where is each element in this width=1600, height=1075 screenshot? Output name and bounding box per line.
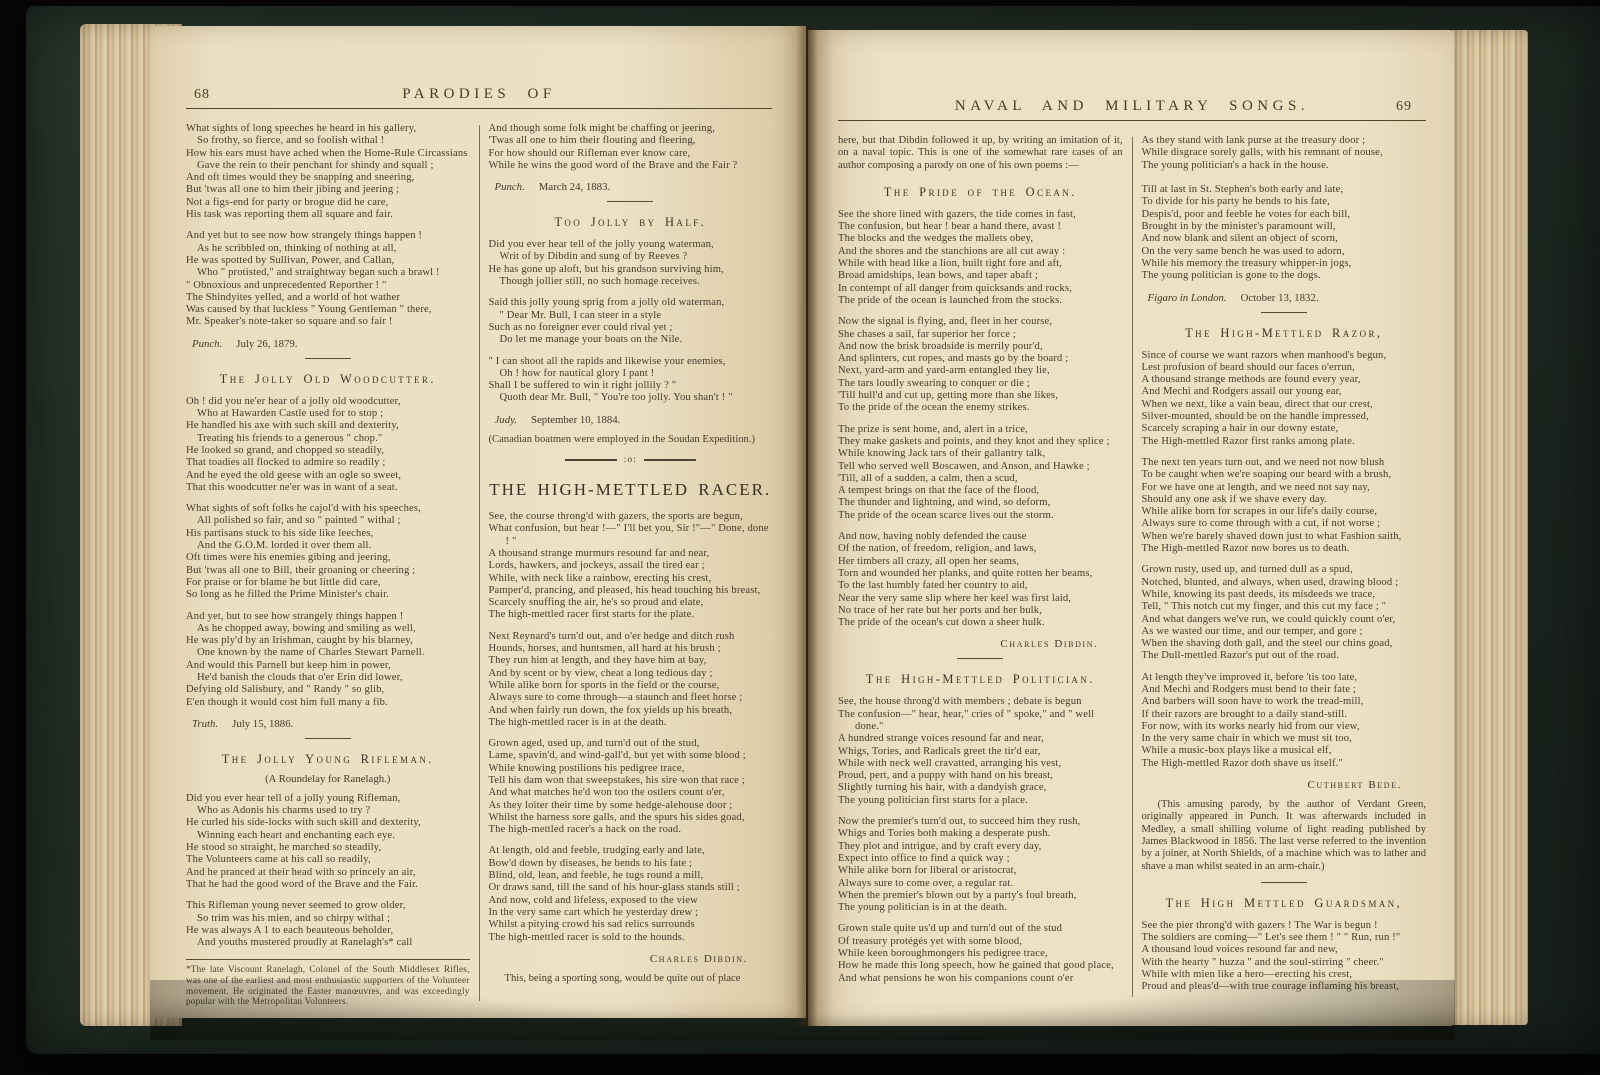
editorial-note: This, being a sporting song, would be qu… [489, 973, 773, 985]
source-attribution: Judy.September 10, 1884. [495, 414, 773, 426]
poem-line: Silver-mounted, should be on the handle … [1142, 411, 1427, 423]
poem-line: Near the very same slip where her keel w… [838, 593, 1123, 605]
poem-line: The high-mettled racer first starts for … [489, 609, 773, 621]
poem-line: As they stand with lank purse at the tre… [1142, 135, 1427, 147]
poem-line: A thousand loud voices resound far and n… [1142, 944, 1427, 956]
poem-stanza: As they stand with lank purse at the tre… [1142, 135, 1427, 283]
poem-line: As they loiter their time by some hedge-… [489, 800, 773, 812]
poem-line: The confusion, but hear ! bear a hand th… [838, 221, 1123, 233]
poem-line: Such as no foreigner ever could rival ye… [489, 322, 773, 334]
poem-line: Tell, " This notch cut my finger, and th… [1142, 601, 1427, 613]
poem-stanza: Said this jolly young sprig from a jolly… [489, 297, 773, 346]
header-rule [186, 108, 772, 109]
poem-line: Always sure to come through—a staunch an… [489, 692, 773, 704]
poem-line: This Rifleman young never seemed to grow… [186, 900, 470, 912]
poem-line: Expect into office to find a quick way ; [838, 853, 1123, 865]
poem-line: Next, yard-arm and yard-arm entangled th… [838, 365, 1123, 377]
section-divider-rule [186, 738, 470, 739]
poem-line: The young politician is gone to the dogs… [1142, 270, 1427, 282]
poem-line: While with head like a lion, built tight… [838, 258, 1123, 270]
poem-line: But 'twas all one to him their jibing an… [186, 184, 470, 196]
author-byline: Cuthbert Bede. [1142, 779, 1427, 791]
section-divider-rule [838, 658, 1123, 659]
poem-line: To divide for his party he bends to his … [1142, 196, 1427, 208]
poem-line: That this woodcutter ne'er was in want o… [186, 482, 470, 494]
section-title: The Jolly Young Rifleman. [186, 752, 470, 767]
poem-line: And now blank and silent an object of sc… [1142, 233, 1427, 245]
poem-line: Broad amidships, lean bows, and taper ab… [838, 270, 1123, 282]
poem-line: Quoth dear Mr. Bull, " You're too jolly.… [489, 392, 773, 404]
section-title: The High-Mettled Razor, [1142, 326, 1427, 341]
source-date: September 10, 1884. [531, 414, 620, 426]
poem-line: Grown stale quite us'd up and turn'd out… [838, 923, 1123, 935]
poem-line: Pamper'd, prancing, and pleased, his hea… [489, 585, 773, 597]
book-gutter [796, 26, 818, 1026]
poem-line: Said this jolly young sprig from a jolly… [489, 297, 773, 309]
poem-line: Tell his dam won that sweepstakes, his s… [489, 775, 773, 787]
poem-line: And though some folk might be chaffing o… [489, 123, 773, 135]
poem-line: The Shindyites yelled, and a world of ho… [186, 292, 470, 304]
divider-bar [957, 658, 1003, 659]
poem-line: What sights of soft folks he cajol'd wit… [186, 503, 470, 515]
page-69: NAVAL AND MILITARY SONGS. 69 here, but t… [808, 30, 1454, 1026]
poem-line: 'Till, all of a sudden, a calm, then a s… [838, 473, 1123, 485]
book-photograph: 68 PARODIES OF What sights of long speec… [0, 0, 1600, 1075]
poem-line: Not a figs-end for party or brogue did h… [186, 197, 470, 209]
poem-line: What sights of long speeches he heard in… [186, 123, 470, 135]
poem-line: Writ of by Dibdin and sung of by Reeves … [489, 251, 773, 263]
running-title-right: NAVAL AND MILITARY SONGS. [955, 98, 1309, 115]
source-name: Figaro in London. [1148, 292, 1227, 304]
poem-line: While alike born for scrapes in our life… [1142, 506, 1427, 518]
poem-stanza: And though some folk might be chaffing o… [489, 123, 773, 172]
poem-stanza: Oh ! did you ne'er hear of a jolly old w… [186, 396, 470, 494]
poem-line: To the last humbly fated her country to … [838, 580, 1123, 592]
divider-bar [644, 459, 696, 461]
page-edge-stack-right [1452, 30, 1528, 1025]
poem-line: Who at Hawarden Castle used for to stop … [186, 408, 470, 420]
poem-line: Though jollier still, no such homage rec… [489, 276, 773, 288]
poem-stanza: Did you ever hear tell of the jolly youn… [489, 239, 773, 288]
poem-line: A thousand strange methods are found eve… [1142, 374, 1427, 386]
poem-line: All polished so fair, and so " painted "… [186, 515, 470, 527]
poem-stanza: " I can shoot all the rapids and likewis… [489, 356, 773, 405]
poem-line: And when fairly run down, the fox yields… [489, 705, 773, 717]
poem-line: Since of course we want razors when manh… [1142, 350, 1427, 362]
section-title: The High-Mettled Politician. [838, 672, 1123, 687]
poem-line: He looked so grand, and chopped so stead… [186, 445, 470, 457]
poem-line: Was caused by that luckless " Young Gent… [186, 304, 470, 316]
source-date: October 13, 1832. [1241, 292, 1319, 304]
poem-line: See the shore lined with gazers, the tid… [838, 209, 1123, 221]
poem-line: The High-mettled Razor doth shave us its… [1142, 758, 1427, 770]
poem-line: Who as Adonis his charms used to try ? [186, 805, 470, 817]
poem-line: And the G.O.M. lorded it over them all. [186, 540, 470, 552]
poem-line: Lords, hawkers, and jockeys, assail the … [489, 560, 773, 572]
poem-stanza: The prize is sent home, and, alert in a … [838, 424, 1123, 522]
section-divider-rule [489, 201, 773, 202]
poem-line: Proud and pleas'd—with true courage infl… [1142, 981, 1427, 993]
poem-line: When we next, like a vain beau, direct t… [1142, 399, 1427, 411]
running-title-left: PARODIES OF [402, 86, 555, 103]
poem-stanza: What sights of soft folks he cajol'd wit… [186, 503, 470, 601]
header-rule [838, 120, 1426, 121]
poem-line: Brought in by the minister's paramount w… [1142, 221, 1427, 233]
poem-line: Shall I be suffered to win it right joll… [489, 380, 773, 392]
poem-stanza: See, the house throng'd with members ; d… [838, 696, 1123, 807]
poem-line: See, the house throng'd with members ; d… [838, 696, 1123, 708]
poem-line: Of the nation, of freedom, religion, and… [838, 543, 1123, 555]
poem-line: The young politician's a hack in the hou… [1142, 160, 1427, 172]
section-title: The High Mettled Guardsman, [1142, 896, 1427, 911]
poem-line: At length, old and feeble, trudging earl… [489, 845, 773, 857]
poem-line: The pride of the ocean scarce lives out … [838, 510, 1123, 522]
poem-line: Who " protisted," and straightway began … [186, 267, 470, 279]
poem-line: While, with neck like a rainbow, erectin… [489, 573, 773, 585]
poem-line: The blocks and the wedges the mallets ob… [838, 233, 1123, 245]
poem-line [1142, 172, 1427, 184]
poem-line: Whigs, Tories, and Radicals greet the ti… [838, 746, 1123, 758]
poem-stanza: And yet, but to see how strangely things… [186, 611, 470, 709]
poem-line: Do let me manage your boats on the Nile. [489, 334, 773, 346]
poem-line: And what dangers we've run, we could qui… [1142, 614, 1427, 626]
poem-line: The next ten years turn out, and we need… [1142, 457, 1427, 469]
poem-line: As we wasted our time, and our temper, a… [1142, 626, 1427, 638]
poem-line: Gave the rein to their penchant for shin… [186, 160, 470, 172]
poem-line: Treating his friends to a generous " cho… [186, 433, 470, 445]
poem-line: They plot and intrigue, and by craft eve… [838, 841, 1123, 853]
page-number-68: 68 [186, 87, 402, 103]
poem-line: And Mechi and Rodgers must bend to their… [1142, 684, 1427, 696]
poem-line: Scarcely snuffing the air, he's so proud… [489, 597, 773, 609]
poem-line: Bow'd down by diseases, he bends to his … [489, 858, 773, 870]
poem-stanza: See the shore lined with gazers, the tid… [838, 209, 1123, 307]
poem-line: Tell who served well Boscawen, and Anson… [838, 461, 1123, 473]
poem-line: Hounds, horses, and huntsmen, all hard a… [489, 643, 773, 655]
poem-line: Whilst a pitying crowd his sad relics su… [489, 919, 773, 931]
poem-stanza: Grown aged, used up, and turn'd out of t… [489, 738, 773, 836]
poem-line: Oft times were his enemies gibing and je… [186, 552, 470, 564]
poem-line: They run him at length, and they have hi… [489, 655, 773, 667]
poem-line: Whigs and Tories both making a desperate… [838, 828, 1123, 840]
page-footnote: *The late Viscount Ranelagh, Colonel of … [186, 959, 470, 1006]
poem-line: And Mechi and Rodgers assail our young e… [1142, 386, 1427, 398]
poem-line: Winning each heart and enchanting each e… [186, 830, 470, 842]
poem-line: And now the brisk broadside is merrily p… [838, 341, 1123, 353]
poem-line: He was ply'd by an Irishman, caught by h… [186, 635, 470, 647]
poem-line: See the pier throng'd with gazers ! The … [1142, 920, 1427, 932]
poem-line: While a music-box plays like a musical e… [1142, 745, 1427, 757]
poem-line: Notched, blunted, and always, when used,… [1142, 577, 1427, 589]
poem-line: Next Reynard's turn'd out, and o'er hedg… [489, 631, 773, 643]
poem-line: For how should our Rifleman ever know ca… [489, 148, 773, 160]
poem-line: A hundred strange voices resound far and… [838, 733, 1123, 745]
column-divider-rule [1132, 137, 1133, 997]
source-date: July 26, 1879. [236, 338, 297, 350]
text-column: As they stand with lank purse at the tre… [1142, 135, 1427, 1003]
poem-line: He curled his side-locks with such skill… [186, 817, 470, 829]
poem-line: The High-mettled Razor now bores us to d… [1142, 543, 1427, 555]
poem-line: The young politician first starts for a … [838, 795, 1123, 807]
poem-line: Till at last in St. Stephen's both early… [1142, 184, 1427, 196]
poem-line: Of treasury protégés yet with some blood… [838, 936, 1123, 948]
poem-stanza: The next ten years turn out, and we need… [1142, 457, 1427, 555]
poem-line: And yet but to see now how strangely thi… [186, 230, 470, 242]
divider-bar [305, 738, 351, 739]
poem-line: And youths mustered proudly at Ranelagh'… [186, 937, 470, 949]
poem-line: Whilst the harness sore galls, and the s… [489, 812, 773, 824]
poem-line: That he had the good word of the Brave a… [186, 879, 470, 891]
poem-stanza: And now, having nobly defended the cause… [838, 531, 1123, 629]
poem-line: And the shores and the stanchions are al… [838, 246, 1123, 258]
poem-line: And oft times would they be snapping and… [186, 172, 470, 184]
source-name: Judy. [495, 414, 518, 426]
poem-line: And now, cold and lifeless, exposed to t… [489, 895, 773, 907]
poem-stanza: Since of course we want razors when manh… [1142, 350, 1427, 448]
divider-bar [1261, 882, 1307, 883]
poem-line: When the premier's blown out by a party'… [838, 890, 1123, 902]
poem-line: His task was reporting them all square a… [186, 209, 470, 221]
poem-line: And what pensions he won his companions … [838, 973, 1123, 985]
poem-line: So trim was his mien, and so chirpy with… [186, 913, 470, 925]
page-69-header: NAVAL AND MILITARY SONGS. 69 [838, 98, 1426, 115]
poem-line: Grown aged, used up, and turn'd out of t… [489, 738, 773, 750]
poem-line: As he scribbled on, thinking of nothing … [186, 243, 470, 255]
poem-line: While keen boroughmongers his pedigree t… [838, 948, 1123, 960]
source-date: March 24, 1883. [539, 181, 610, 193]
poem-line: While alike born for liberal or aristocr… [838, 865, 1123, 877]
poem-line: Despis'd, poor and feeble he votes for e… [1142, 209, 1427, 221]
divider-bar [1261, 312, 1307, 313]
poem-line: 'Twas all one to him their flouting and … [489, 135, 773, 147]
source-attribution: Punch.July 26, 1879. [192, 338, 470, 350]
poem-stanza: See the pier throng'd with gazers ! The … [1142, 920, 1427, 994]
poem-stanza: Did you ever hear tell of a jolly young … [186, 793, 470, 891]
poem-line: And yet, but to see how strangely things… [186, 611, 470, 623]
section-divider-rule [1142, 882, 1427, 883]
poem-line: But 'twas all one to Bill, their groanin… [186, 565, 470, 577]
poem-line: When the shaving doth gall, and the stee… [1142, 638, 1427, 650]
poem-line: The tars loudly swearing to conquer or d… [838, 378, 1123, 390]
source-attribution: Punch.March 24, 1883. [495, 181, 773, 193]
poem-line: On the very same bench he was used to ad… [1142, 246, 1427, 258]
poem-line: And now, having nobly defended the cause [838, 531, 1123, 543]
poem-line: For we have one at length, and we need n… [1142, 482, 1427, 494]
poem-line: " Obnoxious and unprecedented Reporther … [186, 280, 470, 292]
poem-line: His partisans stuck to his side like lee… [186, 528, 470, 540]
poem-line: The confusion—" hear, hear," cries of " … [838, 709, 1123, 734]
poem-line: Mr. Speaker's note-taker so square and s… [186, 316, 470, 328]
poem-line: Oh ! did you ne'er hear of a jolly old w… [186, 396, 470, 408]
poem-line: 'Till hull'd and cut up, getting more th… [838, 390, 1123, 402]
source-name: Punch. [192, 338, 222, 350]
poem-line: How his ears must have ached when the Ho… [186, 148, 470, 160]
poem-line: While, knowing its past deeds, its misde… [1142, 589, 1427, 601]
poem-stanza: Next Reynard's turn'd out, and o'er hedg… [489, 631, 773, 729]
poem-line: When we're barely shaved down just to wh… [1142, 531, 1427, 543]
poem-stanza: See, the course throng'd with gazers, th… [489, 511, 773, 622]
text-column: here, but that Dibdin followed it up, by… [838, 135, 1123, 1003]
divider-ornament: :o: [624, 455, 637, 465]
poem-line: Did you ever hear tell of the jolly youn… [489, 239, 773, 251]
poem-line: Torn and wounded her planks, and quite r… [838, 568, 1123, 580]
editorial-note: (This amusing parody, by the author of V… [1142, 799, 1427, 873]
poem-line: They make gaskets and points, and they k… [838, 436, 1123, 448]
poem-line: While knowing Jack tars of their gallant… [838, 448, 1123, 460]
divider-bar [305, 358, 351, 359]
poem-line: The high-mettled racer's a hack on the r… [489, 824, 773, 836]
poem-line: And by scent or by view, cheat a long te… [489, 668, 773, 680]
poem-line: " I can shoot all the rapids and likewis… [489, 356, 773, 368]
poem-line: And he eyed the old geese with an ogle s… [186, 470, 470, 482]
ornamental-divider: :o: [489, 455, 773, 465]
poem-line: Proud, pert, and a puppy with hand on hi… [838, 770, 1123, 782]
poem-line: As he chopped away, bowing and smiling a… [186, 623, 470, 635]
poem-line: He'd banish the clouds that o'er Erin di… [186, 672, 470, 684]
poem-line: While alike born for sports in the field… [489, 680, 773, 692]
poem-line: Defying old Salisbury, and " Randy " so … [186, 684, 470, 696]
poem-line: He was always A 1 to each beauteous beho… [186, 925, 470, 937]
poem-line: While with mien like a hero—erecting his… [1142, 969, 1427, 981]
poem-line: And what matches he'd won too the ostler… [489, 787, 773, 799]
poem-line: For now, with its works nearly hid from … [1142, 721, 1427, 733]
poem-line: The pride of the ocean's cut down a shee… [838, 617, 1123, 629]
poem-line: He handled his axe with such skill and d… [186, 420, 470, 432]
section-divider-rule [186, 358, 470, 359]
poem-line: The Volunteers came at his call so readi… [186, 854, 470, 866]
poem-line: For praise or for blame he but little di… [186, 577, 470, 589]
author-byline: Charles Dibdin. [838, 638, 1123, 650]
source-name: Truth. [192, 718, 218, 730]
source-attribution: Figaro in London.October 13, 1832. [1148, 292, 1427, 304]
poem-line: Or draws sand, till the sand of his hour… [489, 882, 773, 894]
poem-line: How he made this long speech, how he gai… [838, 960, 1123, 972]
poem-line: Slightly turning his hair, with a dandyi… [838, 782, 1123, 794]
poem-line: He was spotted by Sullivan, Power, and C… [186, 255, 470, 267]
section-title-large: THE HIGH-METTLED RACER. [489, 480, 773, 500]
poem-line: While knowing postilions his pedigree tr… [489, 763, 773, 775]
poem-stanza: And yet but to see now how strangely thi… [186, 230, 470, 328]
text-column: And though some folk might be chaffing o… [489, 123, 773, 1007]
poem-line: Grown rusty, used up, and turned dull as… [1142, 564, 1427, 576]
poem-line: In contempt of all danger from quicksand… [838, 283, 1123, 295]
poem-line: Now the signal is flying, and, fleet in … [838, 316, 1123, 328]
poem-line: The High-mettled Razor first ranks among… [1142, 436, 1427, 448]
poem-line: And splinters, cut ropes, and masts go b… [838, 353, 1123, 365]
poem-line: Always sure to come over, a regular rat. [838, 878, 1123, 890]
poem-line: The young politician is in at the death. [838, 902, 1123, 914]
poem-line: He has gone up aloft, but his grandson s… [489, 264, 773, 276]
poem-line: E'en though it would cost him full many … [186, 697, 470, 709]
page-number-69: 69 [1309, 99, 1426, 115]
poem-line: Her timbers all crazy, all open her seam… [838, 556, 1123, 568]
poem-stanza: Now the premier's turn'd out, to succeed… [838, 816, 1123, 914]
poem-line: Did you ever hear tell of a jolly young … [186, 793, 470, 805]
source-attribution: Truth.July 15, 1886. [192, 718, 470, 730]
section-title: The Pride of the Ocean. [838, 185, 1123, 200]
poem-line: While with neck well cravatted, arrangin… [838, 758, 1123, 770]
poem-line: The high-mettled racer is sold to the ho… [489, 932, 773, 944]
poem-line: While he wins the good word of the Brave… [489, 160, 773, 172]
poem-line: If their razors are brought to a daily s… [1142, 709, 1427, 721]
poem-line: See, the course throng'd with gazers, th… [489, 511, 773, 523]
poem-line: Now the premier's turn'd out, to succeed… [838, 816, 1123, 828]
poem-stanza: At length they've improved it, before 't… [1142, 672, 1427, 770]
section-subtitle: (A Roundelay for Ranelagh.) [186, 773, 470, 785]
divider-bar [565, 459, 617, 461]
poem-line: So long as he filled the Prime Minister'… [186, 589, 470, 601]
poem-line: One known by the name of Charles Stewart… [186, 647, 470, 659]
source-date: July 15, 1886. [232, 718, 293, 730]
column-divider-rule [479, 125, 480, 1001]
poem-line: Scarcely scraping a hair in our downy es… [1142, 423, 1427, 435]
poem-line: With the hearty " huzza " and the soul-s… [1142, 957, 1427, 969]
author-byline: Charles Dibdin. [489, 953, 773, 965]
section-title: The Jolly Old Woodcutter. [186, 372, 470, 387]
section-title: Too Jolly by Half. [489, 215, 773, 230]
poem-line: The pride of the ocean is launched from … [838, 295, 1123, 307]
poem-line: Lest profusion of beard should our faces… [1142, 362, 1427, 374]
poem-line: What confusion, but hear !—" I'll bet yo… [489, 523, 773, 548]
poem-line: And he pranced at their head with so pri… [186, 867, 470, 879]
poem-line: And would this Parnell but keep him in p… [186, 660, 470, 672]
poem-line: While disgrace sorely galls, with his re… [1142, 147, 1427, 159]
editorial-note: (Canadian boatmen were employed in the S… [489, 434, 773, 446]
poem-stanza: Grown stale quite us'd up and turn'd out… [838, 923, 1123, 984]
poem-stanza: Grown rusty, used up, and turned dull as… [1142, 564, 1427, 662]
poem-line: To be caught when we're soaping our bear… [1142, 469, 1427, 481]
divider-bar [607, 201, 653, 202]
poem-line: To the pride of the ocean the enemy stri… [838, 402, 1123, 414]
poem-line: Lame, spavin'd, and wind-gall'd, but yet… [489, 750, 773, 762]
poem-line: No trace of her rate but her ports and h… [838, 605, 1123, 617]
poem-stanza: This Rifleman young never seemed to grow… [186, 900, 470, 949]
poem-line: While his memory the treasury whipper-in… [1142, 258, 1427, 270]
text-column: What sights of long speeches he heard in… [186, 123, 470, 1007]
poem-line: She chases a sail, far superior her forc… [838, 329, 1123, 341]
poem-stanza: At length, old and feeble, trudging earl… [489, 845, 773, 943]
source-name: Punch. [495, 181, 525, 193]
section-divider-rule [1142, 312, 1427, 313]
poem-line: So frothy, so fierce, and so foolish wit… [186, 135, 470, 147]
page-68-header: 68 PARODIES OF [186, 86, 772, 103]
poem-line: The thunder and lightning, and wind, so … [838, 497, 1123, 509]
poem-line: Always sure to come through with a cut, … [1142, 518, 1427, 530]
poem-line: A tempest brings on that the face of the… [838, 485, 1123, 497]
poem-line: The Dull-mettled Razor's put out of the … [1142, 650, 1427, 662]
poem-line: Should any one ask if we shave every day… [1142, 494, 1427, 506]
poem-line: He stood so straight, he marched so stea… [186, 842, 470, 854]
poem-line: In the very same chair in which we must … [1142, 733, 1427, 745]
poem-line: Oh ! how for nautical glory I pant ! [489, 368, 773, 380]
poem-stanza: What sights of long speeches he heard in… [186, 123, 470, 221]
poem-line: " Dear Mr. Bull, I can steer in a style [489, 310, 773, 322]
editorial-note: here, but that Dibdin followed it up, by… [838, 135, 1123, 172]
poem-line: In the very same cart which he yesterday… [489, 907, 773, 919]
poem-line: The prize is sent home, and, alert in a … [838, 424, 1123, 436]
poem-line: The soldiers are coming—" Let's see them… [1142, 932, 1427, 944]
poem-line: Blind, old, lean, and feeble, he tugs ro… [489, 870, 773, 882]
poem-stanza: Now the signal is flying, and, fleet in … [838, 316, 1123, 414]
poem-line: And barbers will soon have to work the t… [1142, 696, 1427, 708]
poem-line: The high-mettled racer is in at the deat… [489, 717, 773, 729]
poem-line: That toadies all flocked to admire so re… [186, 457, 470, 469]
poem-line: At length they've improved it, before 't… [1142, 672, 1427, 684]
page-68: 68 PARODIES OF What sights of long speec… [150, 26, 806, 1018]
poem-line: A thousand strange murmurs resound far a… [489, 548, 773, 560]
